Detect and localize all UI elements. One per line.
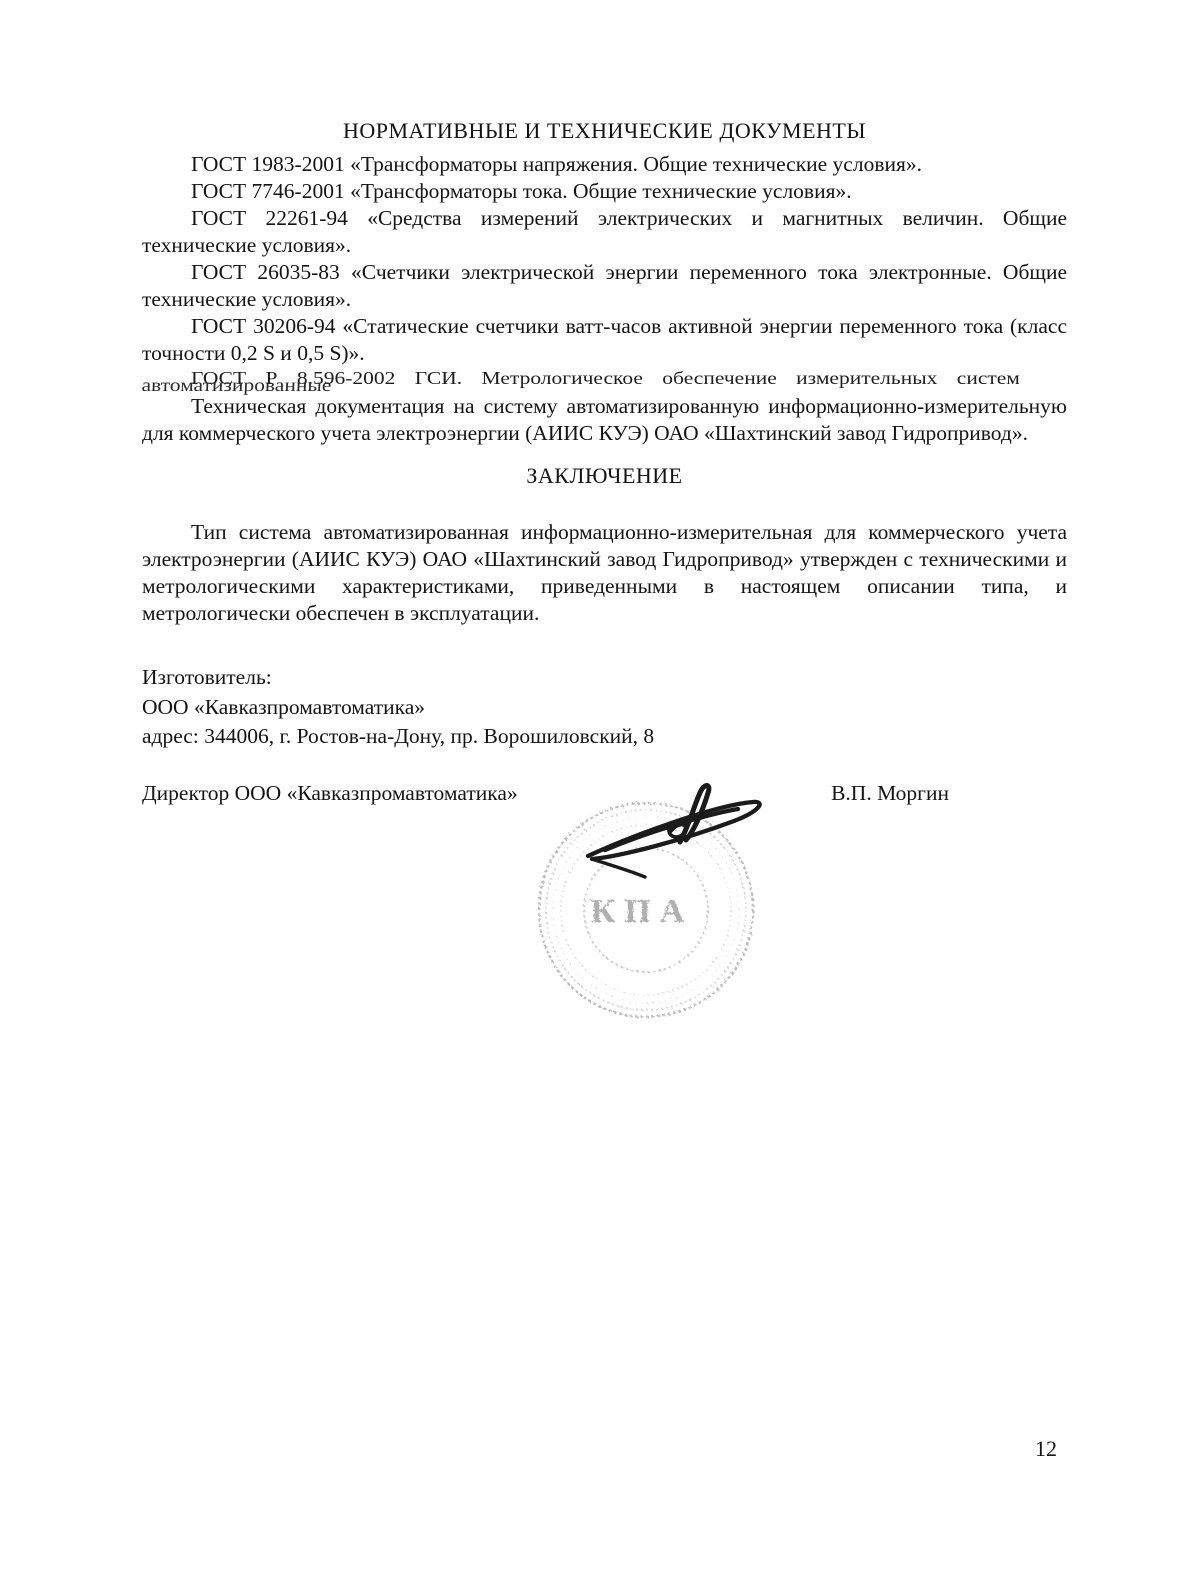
doc-title: НОРМАТИВНЫЕ И ТЕХНИЧЕСКИЕ ДОКУМЕНТЫ [142, 118, 1067, 144]
company-stamp: КПА [539, 803, 753, 1017]
gost-item: ГОСТ 26035-83 «Счетчики электрической эн… [142, 259, 1067, 313]
signature-inner-sweep [605, 809, 738, 850]
manufacturer-block: Изготовитель: ООО «Кавказпромавтоматика»… [142, 663, 1067, 752]
stamp-signature-graphic: КПА [528, 772, 772, 1030]
signature-big-loop [588, 802, 760, 859]
manufacturer-address: адрес: 344006, г. Ростов-на-Дону, пр. Во… [142, 722, 1067, 752]
manufacturer-name: ООО «Кавказпромавтоматика» [142, 693, 1067, 723]
gost-item: ГОСТ 7746-2001 «Трансформаторы тока. Общ… [142, 178, 1067, 205]
director-label: Директор ООО «Кавказпромавтоматика» [142, 780, 518, 807]
gost-item: ГОСТ 1983-2001 «Трансформаторы напряжени… [142, 151, 1067, 178]
stamp-signature-svg: КПА [528, 772, 772, 1030]
director-signature-row: Директор ООО «Кавказпромавтоматика» В.П.… [142, 780, 1067, 807]
document-page: НОРМАТИВНЫЕ И ТЕХНИЧЕСКИЕ ДОКУМЕНТЫ ГОСТ… [0, 0, 1178, 1575]
signature-knot [669, 821, 686, 837]
artifact-lower-text: автоматизированные [141, 375, 332, 396]
page-number: 12 [1035, 1436, 1057, 1462]
gost-item: ГОСТ 22261-94 «Средства измерений электр… [142, 205, 1067, 259]
gost-item: ГОСТ 30206-94 «Статические счетчики ватт… [142, 313, 1067, 367]
stamp-rim-text-band [553, 817, 739, 1003]
gost-list: ГОСТ 1983-2001 «Трансформаторы напряжени… [142, 151, 1067, 367]
conclusion-paragraph: Тип система автоматизированная информаци… [142, 519, 1067, 627]
stamp-outer-ring [539, 803, 753, 1017]
tech-doc-paragraph: Техническая документация на систему авто… [142, 393, 1067, 447]
scan-artifact-line: ГОСТ Р 8.596-2002 ГСИ. Метрологическое о… [142, 367, 1067, 393]
manufacturer-label: Изготовитель: [142, 663, 1067, 693]
document-content: НОРМАТИВНЫЕ И ТЕХНИЧЕСКИЕ ДОКУМЕНТЫ ГОСТ… [142, 118, 1067, 807]
stamp-inner-ring [584, 848, 708, 972]
director-name: В.П. Моргин [831, 780, 949, 807]
signature-tail [592, 859, 645, 877]
stamp-center-text: КПА [591, 893, 694, 930]
conclusion-heading: ЗАКЛЮЧЕНИЕ [142, 463, 1067, 489]
stamp-band-ring [561, 825, 731, 995]
stamp-second-ring [546, 810, 746, 1010]
